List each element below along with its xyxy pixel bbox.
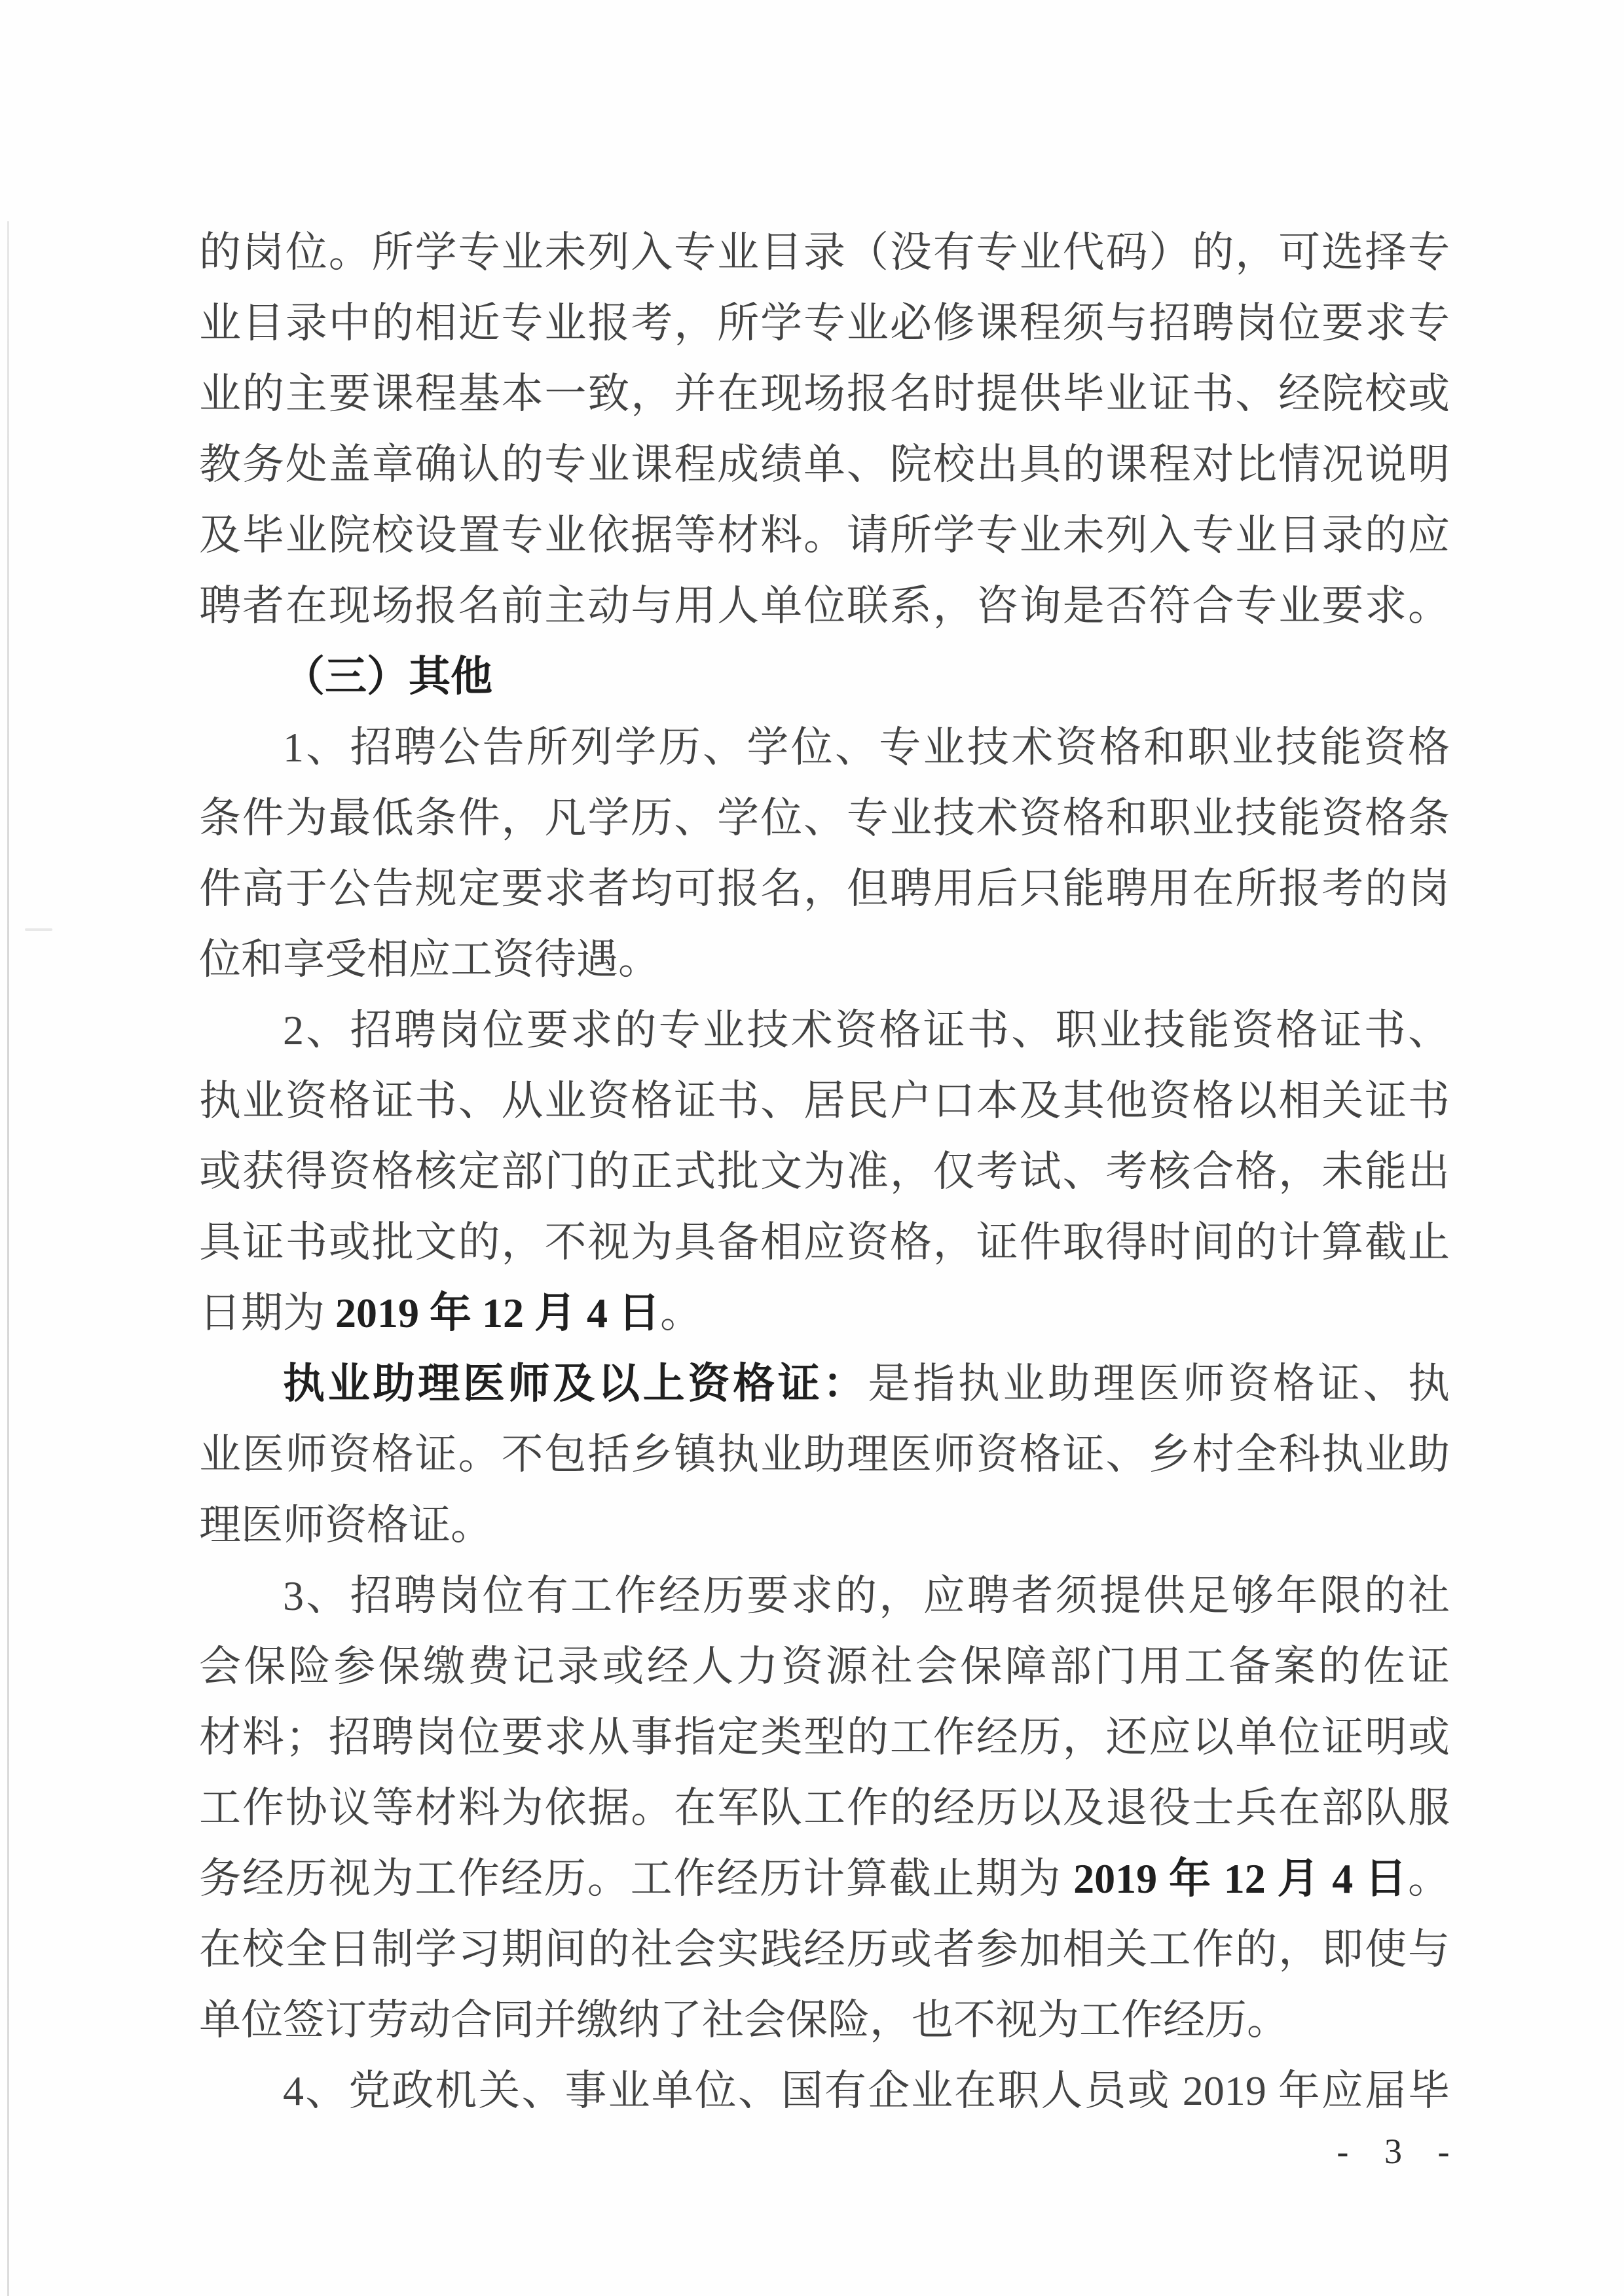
doc-line-text: 单位签订劳动合同并缴纳了社会保险，也不视为工作经历。 xyxy=(199,1997,1289,2043)
doc-line: 的岗位。所学专业未列入专业目录（没有专业代码）的，可选择专 xyxy=(199,217,1450,288)
scanned-document-page: 的岗位。所学专业未列入专业目录（没有专业代码）的，可选择专 业目录中的相近专业报… xyxy=(0,0,1624,2296)
doc-line-text: 聘者在现场报名前主动与用人单位联系，咨询是否符合专业要求。 xyxy=(199,583,1450,629)
document-body: 的岗位。所学专业未列入专业目录（没有专业代码）的，可选择专 业目录中的相近专业报… xyxy=(199,217,1450,2126)
doc-line-text: 业目录中的相近专业报考，所学专业必修课程须与招聘岗位要求专 xyxy=(199,300,1450,346)
doc-line-text: 是指执业助理医师资格证、执 xyxy=(868,1360,1450,1407)
doc-line: 会保险参保缴费记录或经人力资源社会保障部门用工备案的佐证 xyxy=(199,1631,1450,1702)
doc-line: 工作协议等材料为依据。在军队工作的经历以及退役士兵在部队服 xyxy=(199,1773,1450,1844)
doc-line-deadline: 日期为 2019 年 12 月 4 日。 xyxy=(199,1278,1450,1349)
doc-line: 具证书或批文的，不视为具备相应资格，证件取得时间的计算截止 xyxy=(199,1207,1450,1278)
doc-line-text: 会保险参保缴费记录或经人力资源社会保障部门用工备案的佐证 xyxy=(199,1643,1450,1690)
doc-line-text: （三）其他 xyxy=(283,653,492,700)
doc-line: 4、党政机关、事业单位、国有企业在职人员或 2019 年应届毕 xyxy=(199,2056,1450,2126)
doc-line: 执业资格证书、从业资格证书、居民户口本及其他资格以相关证书 xyxy=(199,1066,1450,1137)
doc-line-text: 4、党政机关、事业单位、国有企业在职人员或 2019 年应届毕 xyxy=(283,2068,1450,2114)
doc-line-text: 务经历视为工作经历。工作经历计算截止期为 xyxy=(199,1855,1073,1902)
doc-line-text: 执业资格证书、从业资格证书、居民户口本及其他资格以相关证书 xyxy=(199,1078,1450,1124)
doc-line-text: 或获得资格核定部门的正式批文为准，仅考试、考核合格，未能出 xyxy=(199,1148,1450,1195)
doc-line-text: 业的主要课程基本一致，并在现场报名时提供毕业证书、经院校或 xyxy=(199,371,1450,417)
doc-line: 业医师资格证。不包括乡镇执业助理医师资格证、乡村全科执业助 xyxy=(199,1419,1450,1490)
definition-term: 执业助理医师及以上资格证： xyxy=(283,1360,868,1407)
doc-line: 或获得资格核定部门的正式批文为准，仅考试、考核合格，未能出 xyxy=(199,1137,1450,1207)
doc-line: 业目录中的相近专业报考，所学专业必修课程须与招聘岗位要求专 xyxy=(199,288,1450,359)
doc-line: 理医师资格证。 xyxy=(199,1490,1450,1561)
doc-line-text: 条件为最低条件，凡学历、学位、专业技术资格和职业技能资格条 xyxy=(199,795,1450,841)
deadline-date: 2019 年 12 月 4 日 xyxy=(335,1290,660,1336)
doc-line: 件高于公告规定要求者均可报名，但聘用后只能聘用在所报考的岗 xyxy=(199,854,1450,924)
doc-line-text: 具证书或批文的，不视为具备相应资格，证件取得时间的计算截止 xyxy=(199,1219,1450,1266)
doc-line-text: 教务处盖章确认的专业课程成绩单、院校出具的课程对比情况说明 xyxy=(199,441,1450,488)
doc-section-heading: （三）其他 xyxy=(199,642,1450,712)
deadline-date: 2019 年 12 月 4 日 xyxy=(1073,1855,1408,1902)
doc-line-text: 位和享受相应工资待遇。 xyxy=(199,936,660,983)
doc-line: 3、招聘岗位有工作经历要求的，应聘者须提供足够年限的社 xyxy=(199,1561,1450,1631)
scan-edge-artifact xyxy=(7,221,9,2296)
doc-line: 单位签订劳动合同并缴纳了社会保险，也不视为工作经历。 xyxy=(199,1985,1450,2056)
doc-line-text: 业医师资格证。不包括乡镇执业助理医师资格证、乡村全科执业助 xyxy=(199,1431,1450,1478)
doc-line-text: 的岗位。所学专业未列入专业目录（没有专业代码）的，可选择专 xyxy=(199,229,1450,276)
doc-line-text: 1、招聘公告所列学历、学位、专业技术资格和职业技能资格 xyxy=(283,724,1450,771)
doc-line: 聘者在现场报名前主动与用人单位联系，咨询是否符合专业要求。 xyxy=(199,571,1450,642)
doc-line: 材料；招聘岗位要求从事指定类型的工作经历，还应以单位证明或 xyxy=(199,1702,1450,1773)
scan-smudge-artifact xyxy=(25,928,52,931)
doc-line-text: 件高于公告规定要求者均可报名，但聘用后只能聘用在所报考的岗 xyxy=(199,866,1450,912)
doc-line: 2、招聘岗位要求的专业技术资格证书、职业技能资格证书、 xyxy=(199,995,1450,1066)
doc-line: 在校全日制学习期间的社会实践经历或者参加相关工作的，即使与 xyxy=(199,1914,1450,1985)
doc-line-text: 及毕业院校设置专业依据等材料。请所学专业未列入专业目录的应 xyxy=(199,512,1450,558)
doc-line: 1、招聘公告所列学历、学位、专业技术资格和职业技能资格 xyxy=(199,712,1450,783)
doc-line: 业的主要课程基本一致，并在现场报名时提供毕业证书、经院校或 xyxy=(199,359,1450,429)
doc-line: 条件为最低条件，凡学历、学位、专业技术资格和职业技能资格条 xyxy=(199,783,1450,854)
doc-line-text: 。 xyxy=(660,1290,702,1336)
doc-line-text: 日期为 xyxy=(199,1290,335,1336)
doc-line-text: 2、招聘岗位要求的专业技术资格证书、职业技能资格证书、 xyxy=(283,1007,1450,1053)
doc-line-text: 理医师资格证。 xyxy=(199,1502,492,1548)
doc-line-text: 在校全日制学习期间的社会实践经历或者参加相关工作的，即使与 xyxy=(199,1926,1450,1973)
doc-line: 及毕业院校设置专业依据等材料。请所学专业未列入专业目录的应 xyxy=(199,500,1450,571)
doc-line: 位和享受相应工资待遇。 xyxy=(199,924,1450,995)
doc-line-text: 工作协议等材料为依据。在军队工作的经历以及退役士兵在部队服 xyxy=(199,1785,1450,1831)
page-number: - 3 - xyxy=(1337,2130,1463,2172)
doc-line-definition: 执业助理医师及以上资格证：是指执业助理医师资格证、执 xyxy=(199,1349,1450,1419)
doc-line-text: 3、招聘岗位有工作经历要求的，应聘者须提供足够年限的社 xyxy=(283,1573,1450,1619)
doc-line-text: 材料；招聘岗位要求从事指定类型的工作经历，还应以单位证明或 xyxy=(199,1714,1450,1760)
doc-line-deadline: 务经历视为工作经历。工作经历计算截止期为 2019 年 12 月 4 日。 xyxy=(199,1844,1450,1914)
doc-line: 教务处盖章确认的专业课程成绩单、院校出具的课程对比情况说明 xyxy=(199,429,1450,500)
doc-line-text: 。 xyxy=(1408,1855,1450,1902)
